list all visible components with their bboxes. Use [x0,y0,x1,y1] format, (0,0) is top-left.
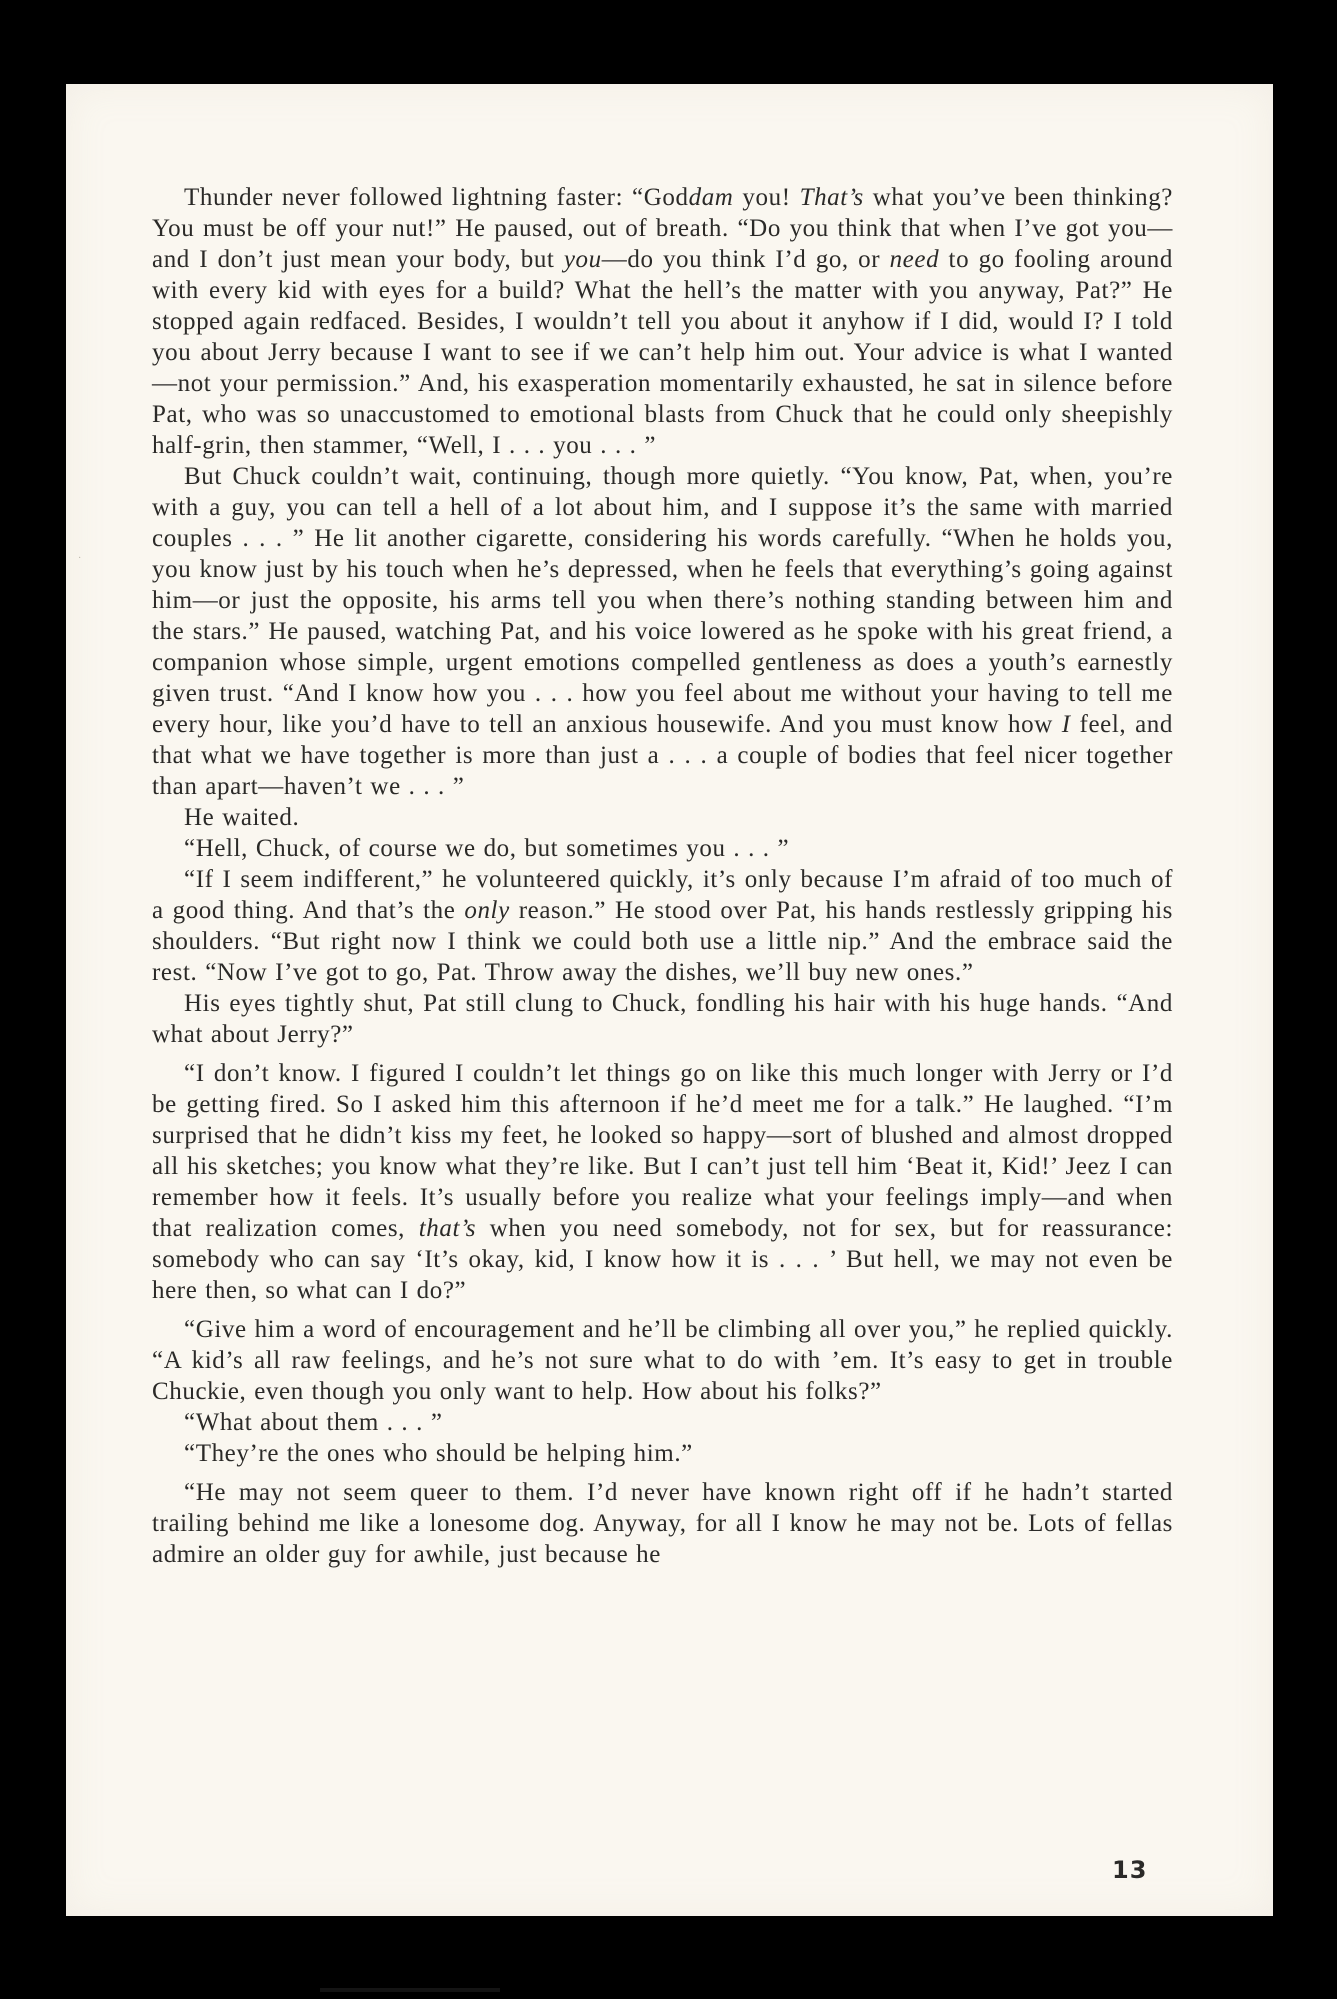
paragraph: “If I seem indifferent,” he volunteered … [152,864,1173,988]
text-run: Thunder never followed lightning faster:… [184,184,689,211]
italic-text: need [890,246,940,273]
italic-text: only [464,897,509,924]
paragraph: He waited. [152,802,1173,833]
text-run: He waited. [184,804,299,831]
margin-speck: · [78,554,81,564]
book-page: Thunder never followed lightning faster:… [66,84,1273,1916]
text-run: “He may not seem queer to them. I’d neve… [152,1479,1173,1568]
italic-text: That’s [800,184,864,211]
paragraph: But Chuck couldn’t wait, continuing, tho… [152,461,1173,802]
text-run: “Give him a word of encouragement and he… [152,1316,1173,1405]
paragraph: “Hell, Chuck, of course we do, but somet… [152,833,1173,864]
paragraph: “He may not seem queer to them. I’d neve… [152,1477,1173,1570]
italic-text: that’s [419,1215,476,1242]
italic-text: I [1062,711,1071,738]
page-number: 13 [1112,1856,1147,1884]
text-run: His eyes tightly shut, Pat still clung t… [152,990,1173,1048]
text-run: “They’re the ones who should be helping … [184,1440,693,1467]
paragraph: His eyes tightly shut, Pat still clung t… [152,988,1173,1050]
text-run: you! [733,184,799,211]
text-run: But Chuck couldn’t wait, continuing, tho… [152,463,1173,738]
text-run: “What about them . . . ” [184,1409,443,1436]
paragraph: “I don’t know. I figured I couldn’t let … [152,1058,1173,1306]
paragraph: “What about them . . . ” [152,1407,1173,1438]
paragraph: Thunder never followed lightning faster:… [152,182,1173,461]
paragraph: “They’re the ones who should be helping … [152,1438,1173,1469]
italic-text: you [564,246,602,273]
body-text: Thunder never followed lightning faster:… [152,182,1173,1570]
scan-artifact [320,1988,500,1992]
italic-text: dam [689,184,734,211]
text-run: “Hell, Chuck, of course we do, but somet… [184,835,789,862]
paragraph: “Give him a word of encouragement and he… [152,1314,1173,1407]
text-run: —do you think I’d go, or [602,246,890,273]
text-run: to go fooling around with every kid with… [152,246,1173,459]
